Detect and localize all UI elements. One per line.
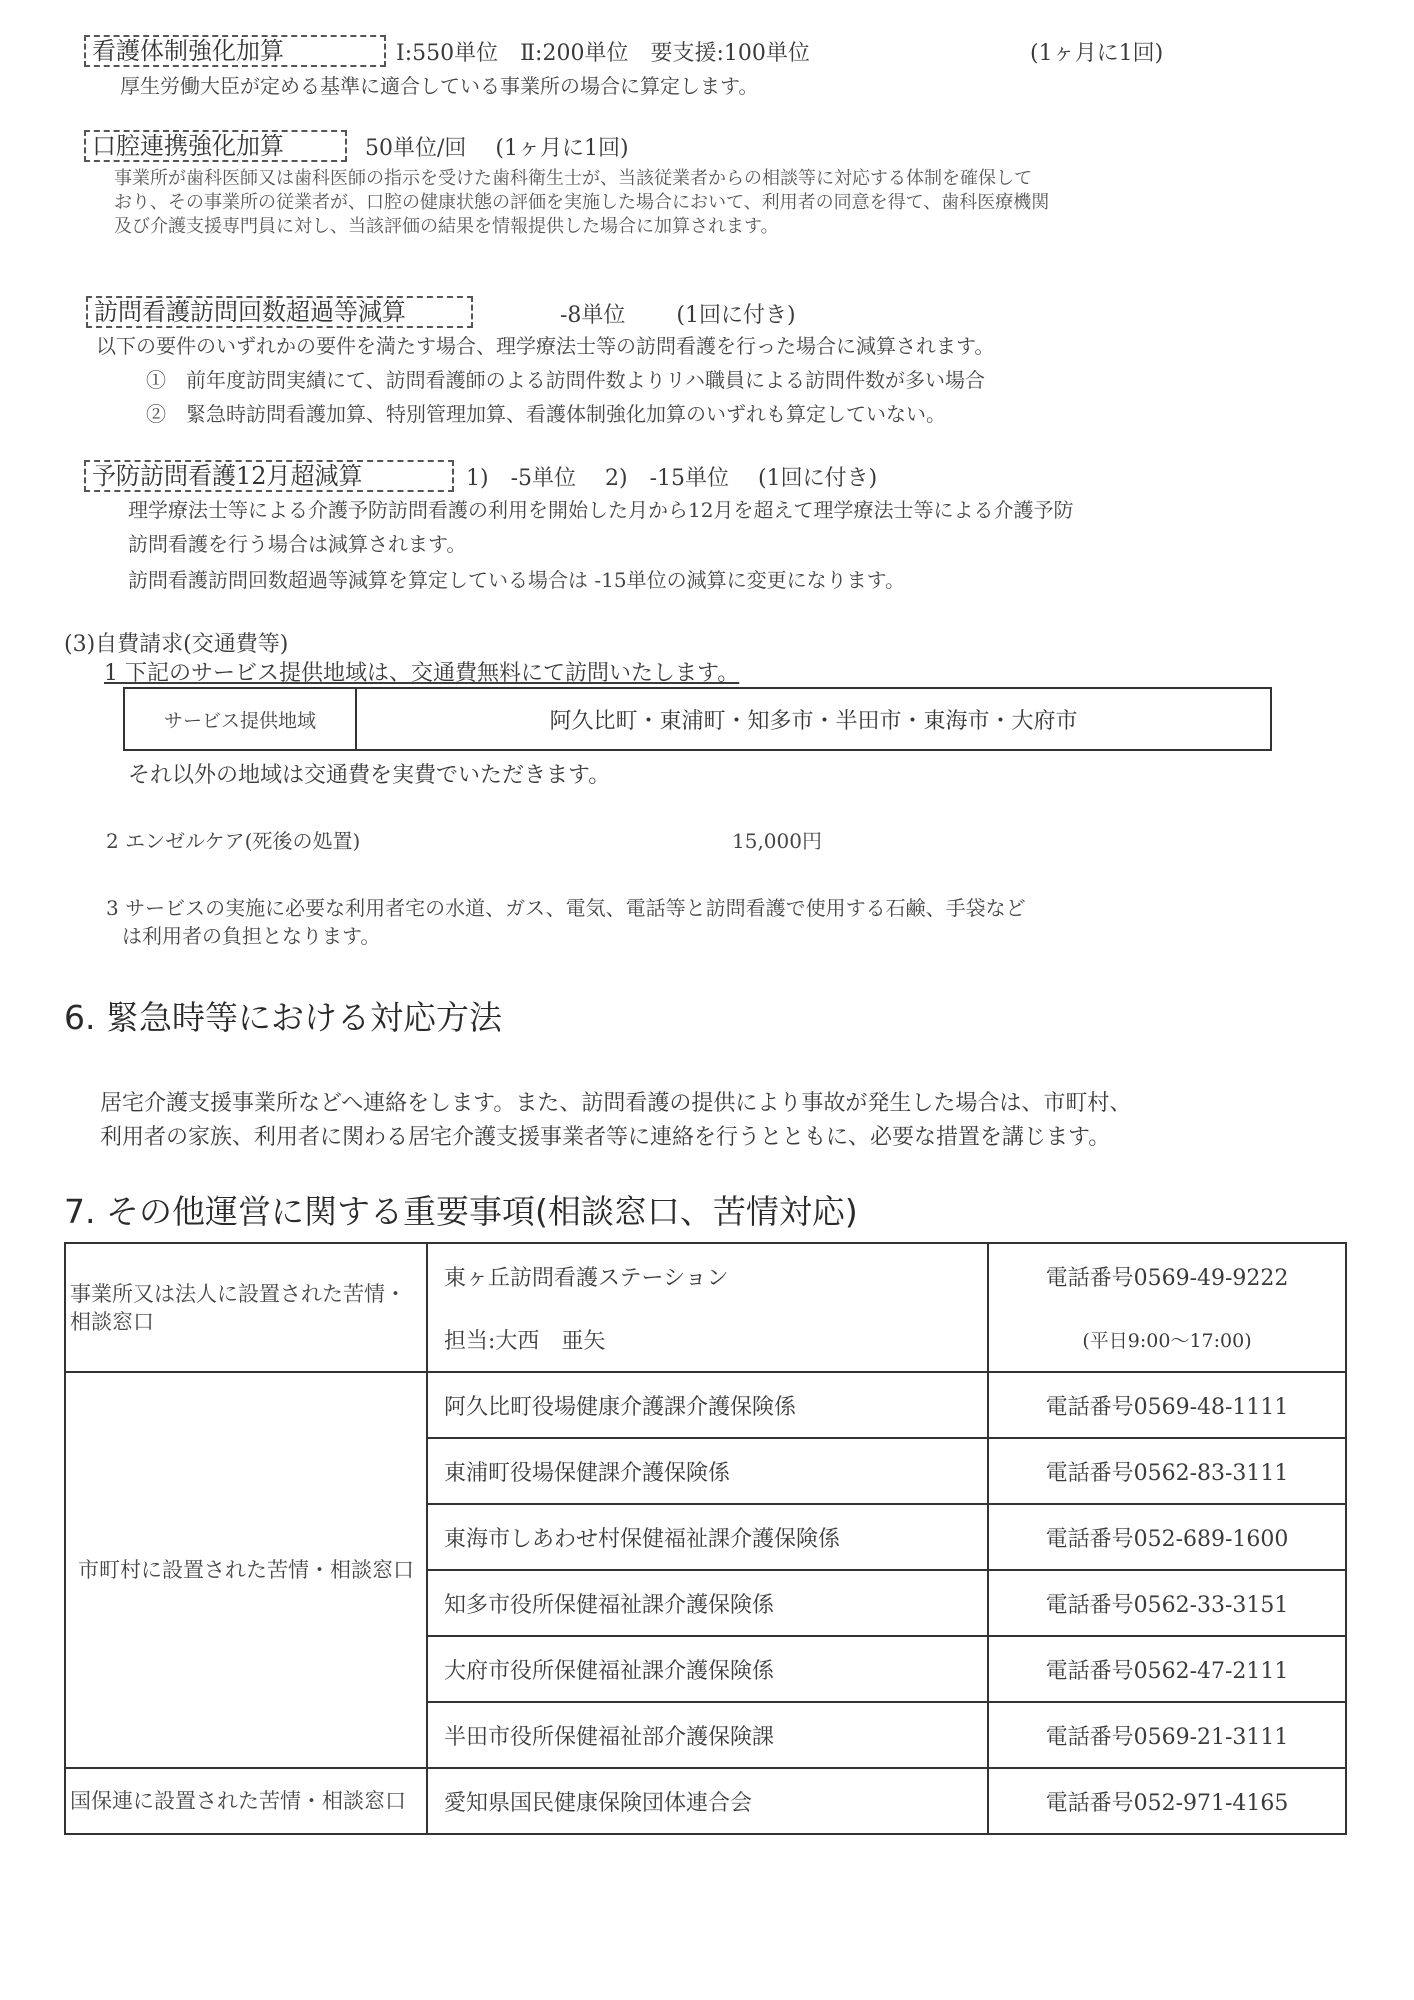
requirement-2: ② 緊急時訪問看護加算、特別管理加算、看護体制強化加算のいずれも算定していない。 — [146, 398, 946, 427]
municipal-phone: 電話番号0562-47-2111 — [988, 1636, 1346, 1702]
requirement-1: ① 前年度訪問実績にて、訪問看護師のよる訪問件数よりリハ職員による訪問件数が多い… — [146, 364, 985, 393]
self-pay-title: (3)自費請求(交通費等) — [64, 627, 288, 658]
desc-yobou-2: 訪問看護を行う場合は減算されます。 — [128, 528, 466, 557]
label-kango-taisei: 看護体制強化加算 — [84, 35, 386, 67]
municipal-name: 知多市役所保健福祉課介護保険係 — [427, 1570, 988, 1636]
municipal-name: 東浦町役場保健課介護保険係 — [427, 1438, 988, 1504]
kokuho-phone: 電話番号052-971-4165 — [988, 1768, 1346, 1834]
angel-care-price: 15,000円 — [732, 825, 822, 854]
office-contact-person: 担当:大西 亜矢 — [427, 1308, 988, 1372]
complaint-contact-table: 事業所又は法人に設置された苦情・相談窓口 東ヶ丘訪問看護ステーション 電話番号0… — [64, 1242, 1347, 1835]
municipal-name: 大府市役所保健福祉課介護保険係 — [427, 1636, 988, 1702]
office-name: 東ヶ丘訪問看護ステーション — [427, 1243, 988, 1308]
service-area-note: それ以外の地域は交通費を実費でいただきます。 — [128, 758, 610, 789]
table-row: 市町村に設置された苦情・相談窓口 阿久比町役場健康介護課介護保険係 電話番号05… — [65, 1372, 1346, 1438]
municipal-phone: 電話番号0569-48-1111 — [988, 1372, 1346, 1438]
self-pay-item1: 1 下記のサービス提供地域は、交通費無料にて訪問いたします。 — [104, 656, 739, 687]
municipal-category: 市町村に設置された苦情・相談窓口 — [65, 1372, 427, 1768]
desc-koukuu-3: 及び介護支援専門員に対し、当該評価の結果を情報提供した場合に加算されます。 — [114, 212, 779, 238]
table-row-kokuho: 国保連に設置された苦情・相談窓口 愛知県国民健康保険団体連合会 電話番号052-… — [65, 1768, 1346, 1834]
section7-heading: 7. その他運営に関する重要事項(相談窓口、苦情対応) — [64, 1186, 858, 1233]
desc-yobou-3: 訪問看護訪問回数超過等減算を算定している場合は -15単位の減算に変更になります… — [128, 564, 905, 593]
section6-line1: 居宅介護支援事業所などへ連絡をします。また、訪問看護の提供により事故が発生した場… — [100, 1086, 1131, 1117]
municipal-phone: 電話番号0562-33-3151 — [988, 1570, 1346, 1636]
desc-koukuu-1: 事業所が歯科医師又は歯科医師の指示を受けた歯科衛生士が、当該従業者からの相談等に… — [114, 164, 1032, 190]
municipal-phone: 電話番号0569-21-3111 — [988, 1702, 1346, 1768]
freq-kango-taisei: (1ヶ月に1回) — [1030, 36, 1163, 67]
self-pay-item3-line2: は利用者の負担となります。 — [122, 920, 380, 949]
label-yobou-12month: 予防訪問看護12月超減算 — [84, 460, 454, 492]
office-category: 事業所又は法人に設置された苦情・相談窓口 — [65, 1243, 427, 1372]
self-pay-item3-line1: 3 サービスの実施に必要な利用者宅の水道、ガス、電気、電話等と訪問看護で使用する… — [106, 892, 1026, 921]
rate-koukuu-renkei: 50単位/回 (1ヶ月に1回) — [365, 131, 629, 162]
section6-heading: 6. 緊急時等における対応方法 — [64, 992, 502, 1039]
service-area-label: サービス提供地域 — [125, 689, 357, 749]
rate-kango-taisei: Ⅰ:550単位 Ⅱ:200単位 要支援:100単位 — [396, 36, 810, 67]
kokuho-name: 愛知県国民健康保険団体連合会 — [427, 1768, 988, 1834]
desc-kango-taisei: 厚生労働大臣が定める基準に適合している事業所の場合に算定します。 — [120, 70, 758, 99]
section6-line2: 利用者の家族、利用者に関わる居宅介護支援事業者等に連絡を行うとともに、必要な措置… — [100, 1120, 1110, 1151]
desc-houmon-kaisuu: 以下の要件のいずれかの要件を満たす場合、理学療法士等の訪問看護を行った場合に減算… — [96, 330, 994, 359]
table-row-office: 事業所又は法人に設置された苦情・相談窓口 東ヶ丘訪問看護ステーション 電話番号0… — [65, 1243, 1346, 1308]
angel-care-label: 2 エンゼルケア(死後の処置) — [106, 825, 360, 854]
desc-yobou-1: 理学療法士等による介護予防訪問看護の利用を開始した月から12月を超えて理学療法士… — [128, 494, 1073, 523]
municipal-phone: 電話番号0562-83-3111 — [988, 1438, 1346, 1504]
municipal-name: 半田市役所保健福祉部介護保険課 — [427, 1702, 988, 1768]
label-houmon-kaisuu: 訪問看護訪問回数超過等減算 — [86, 296, 473, 328]
service-area-value: 阿久比町・東浦町・知多市・半田市・東海市・大府市 — [357, 689, 1270, 749]
desc-koukuu-2: おり、その事業所の従業者が、口腔の健康状態の評価を実施した場合において、利用者の… — [114, 188, 1049, 214]
municipal-name: 東海市しあわせ村保健福祉課介護保険係 — [427, 1504, 988, 1570]
office-hours: (平日9:00～17:00) — [988, 1308, 1346, 1372]
rate-yobou-12month: 1) -5単位 2) -15単位 (1回に付き) — [466, 461, 877, 492]
office-phone: 電話番号0569-49-9222 — [988, 1243, 1346, 1308]
kokuho-category: 国保連に設置された苦情・相談窓口 — [65, 1768, 427, 1834]
municipal-phone: 電話番号052-689-1600 — [988, 1504, 1346, 1570]
municipal-name: 阿久比町役場健康介護課介護保険係 — [427, 1372, 988, 1438]
rate-houmon-kaisuu: -8単位 (1回に付き) — [560, 298, 796, 329]
service-area-table: サービス提供地域 阿久比町・東浦町・知多市・半田市・東海市・大府市 — [123, 687, 1272, 751]
label-koukuu-renkei: 口腔連携強化加算 — [84, 130, 347, 162]
